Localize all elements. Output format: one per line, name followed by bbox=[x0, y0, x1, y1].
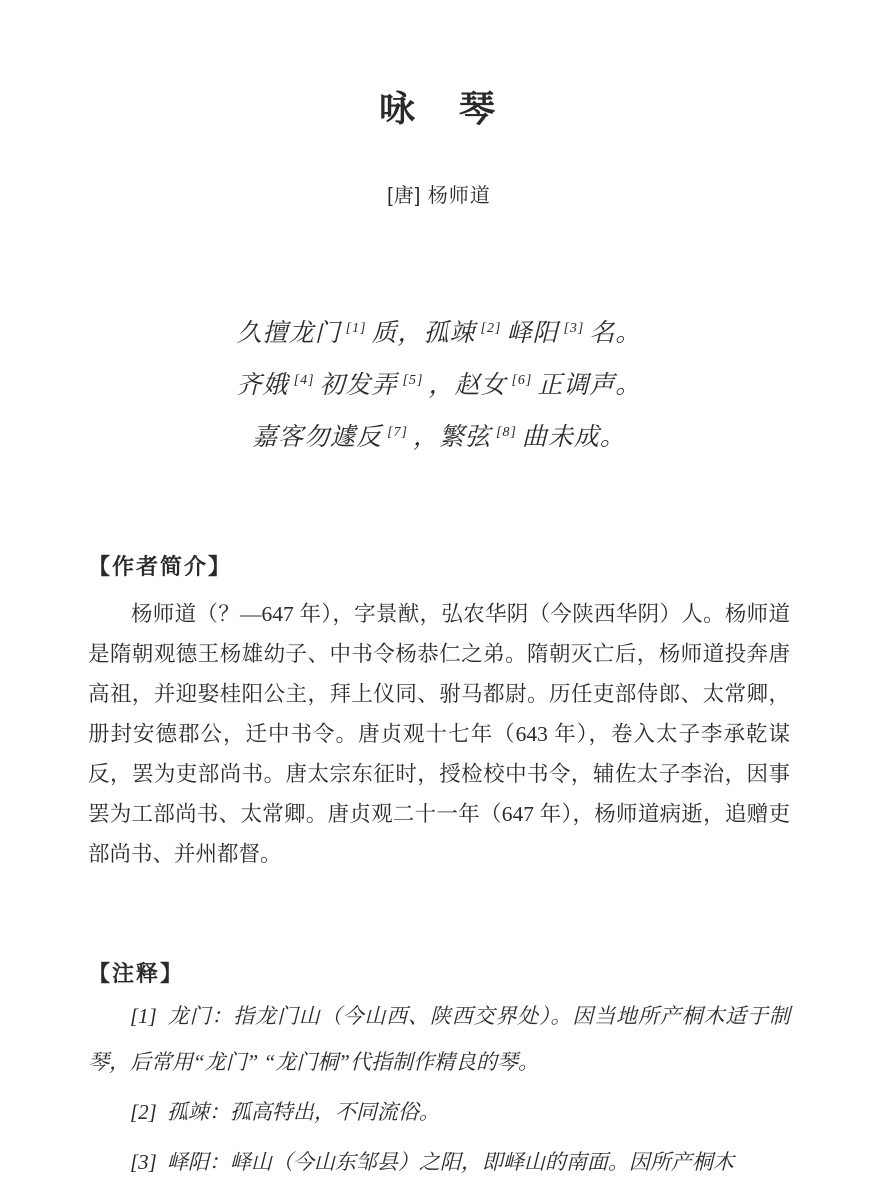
footnote-ref-4: [4] bbox=[294, 373, 315, 388]
author-intro-heading: 【作者简介】 bbox=[88, 552, 790, 582]
poem-text: 名。 bbox=[589, 320, 641, 347]
poem-text: 峄阳 bbox=[506, 320, 558, 347]
footnote-ref-5: [5] bbox=[403, 373, 424, 388]
poem-text: ，繁弦 bbox=[413, 424, 491, 451]
poem-text: 齐娥 bbox=[237, 372, 289, 399]
poem-author-byline: [唐] 杨师道 bbox=[88, 184, 790, 208]
poem-line-3: 嘉客勿遽反[7]，繁弦[8]曲未成。 bbox=[88, 412, 790, 464]
poem-text: 初发弄 bbox=[320, 372, 398, 399]
footnote-ref-6: [6] bbox=[511, 373, 532, 388]
book-page: 咏 琴 [唐] 杨师道 久擅龙门[1]质，孤竦[2]峄阳[3]名。 齐娥[4]初… bbox=[0, 0, 874, 1191]
note-item-2: [2]孤竦：孤高特出，不同流俗。 bbox=[88, 1089, 790, 1135]
note-item-3: [3]峄阳：峄山（今山东邹县）之阳，即峄山的南面。因所产桐木 bbox=[88, 1139, 790, 1185]
note-text: 峄阳：峄山（今山东邹县）之阳，即峄山的南面。因所产桐木 bbox=[167, 1150, 734, 1174]
poem-text: 曲未成。 bbox=[522, 424, 626, 451]
footnote-ref-8: [8] bbox=[496, 425, 517, 440]
note-item-1: [1]龙门：指龙门山（今山西、陕西交界处）。因当地所产桐木适于制琴，后常用“龙门… bbox=[88, 993, 790, 1085]
footnote-ref-7: [7] bbox=[387, 425, 408, 440]
poem-text: 久擅龙门 bbox=[237, 320, 341, 347]
note-label: [2] bbox=[130, 1100, 157, 1124]
poem-title: 咏 琴 bbox=[88, 88, 790, 130]
poem-text: 质，孤竦 bbox=[372, 320, 476, 347]
note-text: 龙门：指龙门山（今山西、陕西交界处）。因当地所产桐木适于制琴，后常用“龙门” “… bbox=[88, 1004, 790, 1074]
author-intro-section: 【作者简介】 杨师道（？—647 年），字景猷，弘农华阴（今陕西华阴）人。杨师道… bbox=[88, 552, 790, 874]
footnote-ref-1: [1] bbox=[346, 321, 367, 336]
poem-line-2: 齐娥[4]初发弄[5]，赵女[6]正调声。 bbox=[88, 360, 790, 412]
poem-text: 正调声。 bbox=[537, 372, 641, 399]
footnote-ref-2: [2] bbox=[481, 321, 502, 336]
note-label: [1] bbox=[130, 1004, 157, 1028]
poem-text: 嘉客勿遽反 bbox=[252, 424, 382, 451]
author-intro-paragraph: 杨师道（？—647 年），字景猷，弘农华阴（今陕西华阴）人。杨师道是隋朝观德王杨… bbox=[88, 594, 790, 874]
note-label: [3] bbox=[130, 1150, 157, 1174]
notes-heading: 【注释】 bbox=[88, 959, 790, 989]
poem-body: 久擅龙门[1]质，孤竦[2]峄阳[3]名。 齐娥[4]初发弄[5]，赵女[6]正… bbox=[88, 308, 790, 464]
poem-line-1: 久擅龙门[1]质，孤竦[2]峄阳[3]名。 bbox=[88, 308, 790, 360]
notes-section: 【注释】 [1]龙门：指龙门山（今山西、陕西交界处）。因当地所产桐木适于制琴，后… bbox=[88, 959, 790, 1185]
poem-text: ，赵女 bbox=[428, 372, 506, 399]
note-text: 孤竦：孤高特出，不同流俗。 bbox=[167, 1100, 440, 1124]
footnote-ref-3: [3] bbox=[563, 321, 584, 336]
